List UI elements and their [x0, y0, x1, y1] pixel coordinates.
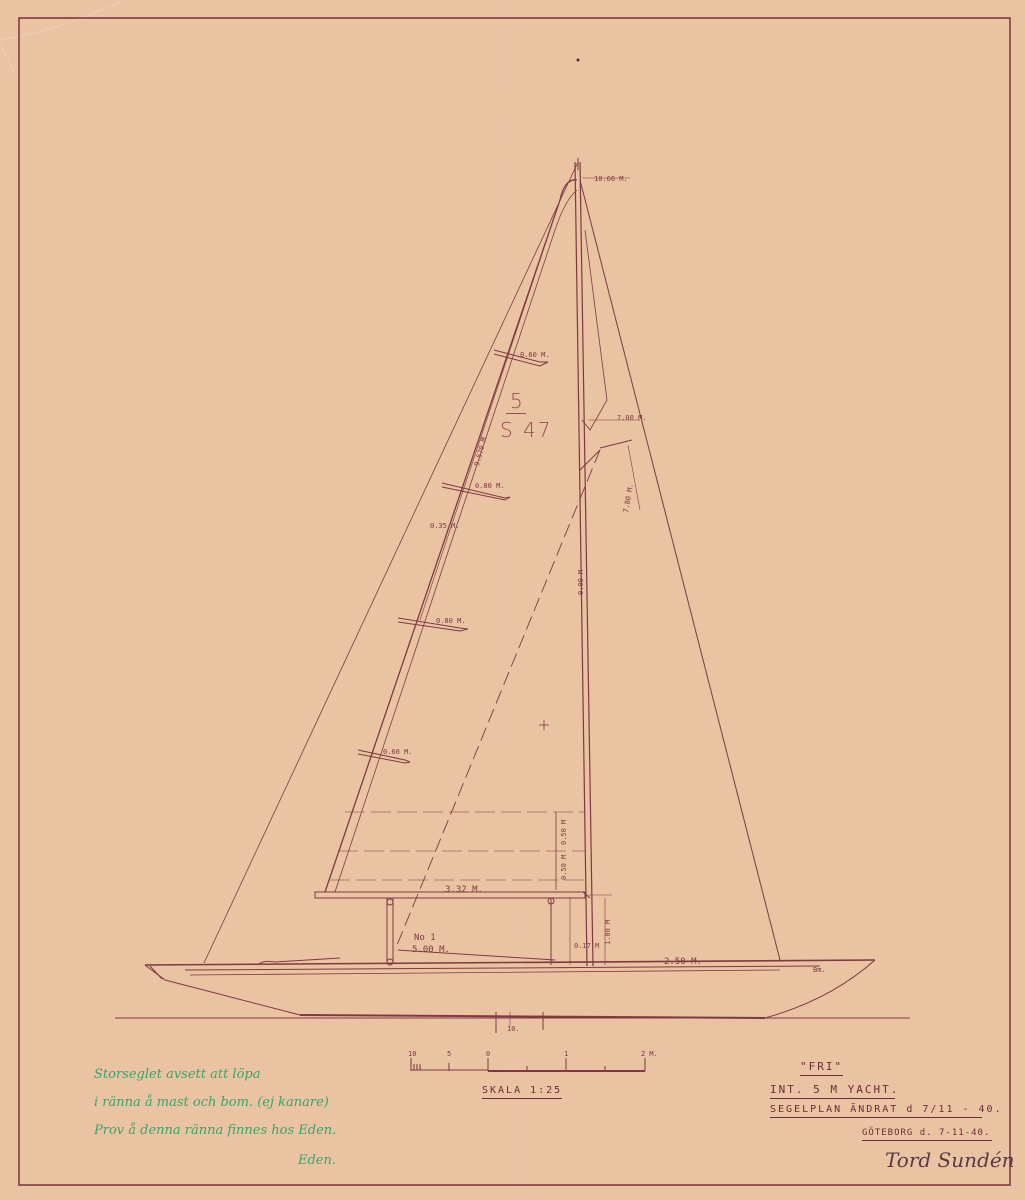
forestay-height-label: 7.00 M. — [617, 414, 647, 422]
sail-number-divider — [506, 413, 526, 414]
place-date: GÖTEBORG d. 7-11-40. — [862, 1128, 992, 1141]
jib-number-label: No 1 — [414, 933, 436, 943]
scale-tick-0: 0 — [486, 1050, 490, 1058]
batten-1-label: 0.60 M. — [520, 351, 550, 359]
sail-number-bottom: S 47 — [500, 418, 553, 442]
boom-length-label: 3.32 M. — [445, 885, 483, 895]
jib — [395, 230, 640, 960]
yacht-class: INT. 5 M YACHT. — [770, 1083, 895, 1099]
keel-mark-label: 10. — [507, 1025, 520, 1033]
mast — [575, 158, 593, 966]
mainsail — [325, 180, 577, 892]
batten-4-label: 0.60 M. — [383, 748, 413, 756]
leech-roach-label: 0.35 M. — [430, 522, 460, 530]
jib-foot-label: 5.00 M. — [412, 945, 450, 955]
mast-height-label: 9.00 M — [577, 570, 585, 595]
sail-plan-drawing — [0, 0, 1025, 1200]
scale-label: SKALA 1:25 — [482, 1085, 562, 1099]
note-line-1: Storseglet avsett att löpa — [94, 1067, 261, 1082]
foretriangle-base-label: 2.50 M. — [664, 957, 702, 967]
paper-creases — [0, 0, 512, 1200]
sail-number-top: 5 — [510, 389, 523, 413]
deck — [145, 958, 875, 975]
scale-tick-1: 1 — [564, 1050, 568, 1058]
scale-bar — [411, 1058, 645, 1071]
scale-tick-2m: 2 M. — [641, 1050, 658, 1058]
scale-tick-5: 5 — [447, 1050, 451, 1058]
backstay — [580, 180, 780, 960]
reef-lines — [330, 812, 586, 880]
hull — [145, 960, 875, 1018]
note-line-3: Prov å denna ränna finnes hos Eden. — [94, 1123, 336, 1138]
scale-tick-10: 10 — [408, 1050, 416, 1058]
batten-3-label: 0.80 M. — [436, 617, 466, 625]
bow-mark-label: Bm. — [813, 966, 826, 974]
mast-step-label: 0.17 M — [574, 942, 599, 950]
note-line-2: i ränna å mast och bom. (ej kanare) — [94, 1095, 329, 1110]
boom-height-label: 1.00 M — [604, 920, 612, 945]
signature: Tord Sundén — [885, 1148, 1015, 1172]
reef-2-label: 0.50 M — [560, 855, 568, 880]
plan-description: SEGELPLAN ÄNDRAT d 7/11 - 40. — [770, 1104, 982, 1118]
drawing-border — [19, 18, 1010, 1185]
reef-1-label: 0.50 M — [560, 820, 568, 845]
center-of-effort-mark — [539, 720, 549, 730]
forestay — [204, 162, 578, 963]
batten-2-label: 0.80 M. — [475, 482, 505, 490]
note-line-4: Eden. — [298, 1153, 336, 1168]
yacht-name: "FRI" — [800, 1060, 843, 1076]
masthead-height-label: 10.66 M. — [594, 175, 628, 183]
